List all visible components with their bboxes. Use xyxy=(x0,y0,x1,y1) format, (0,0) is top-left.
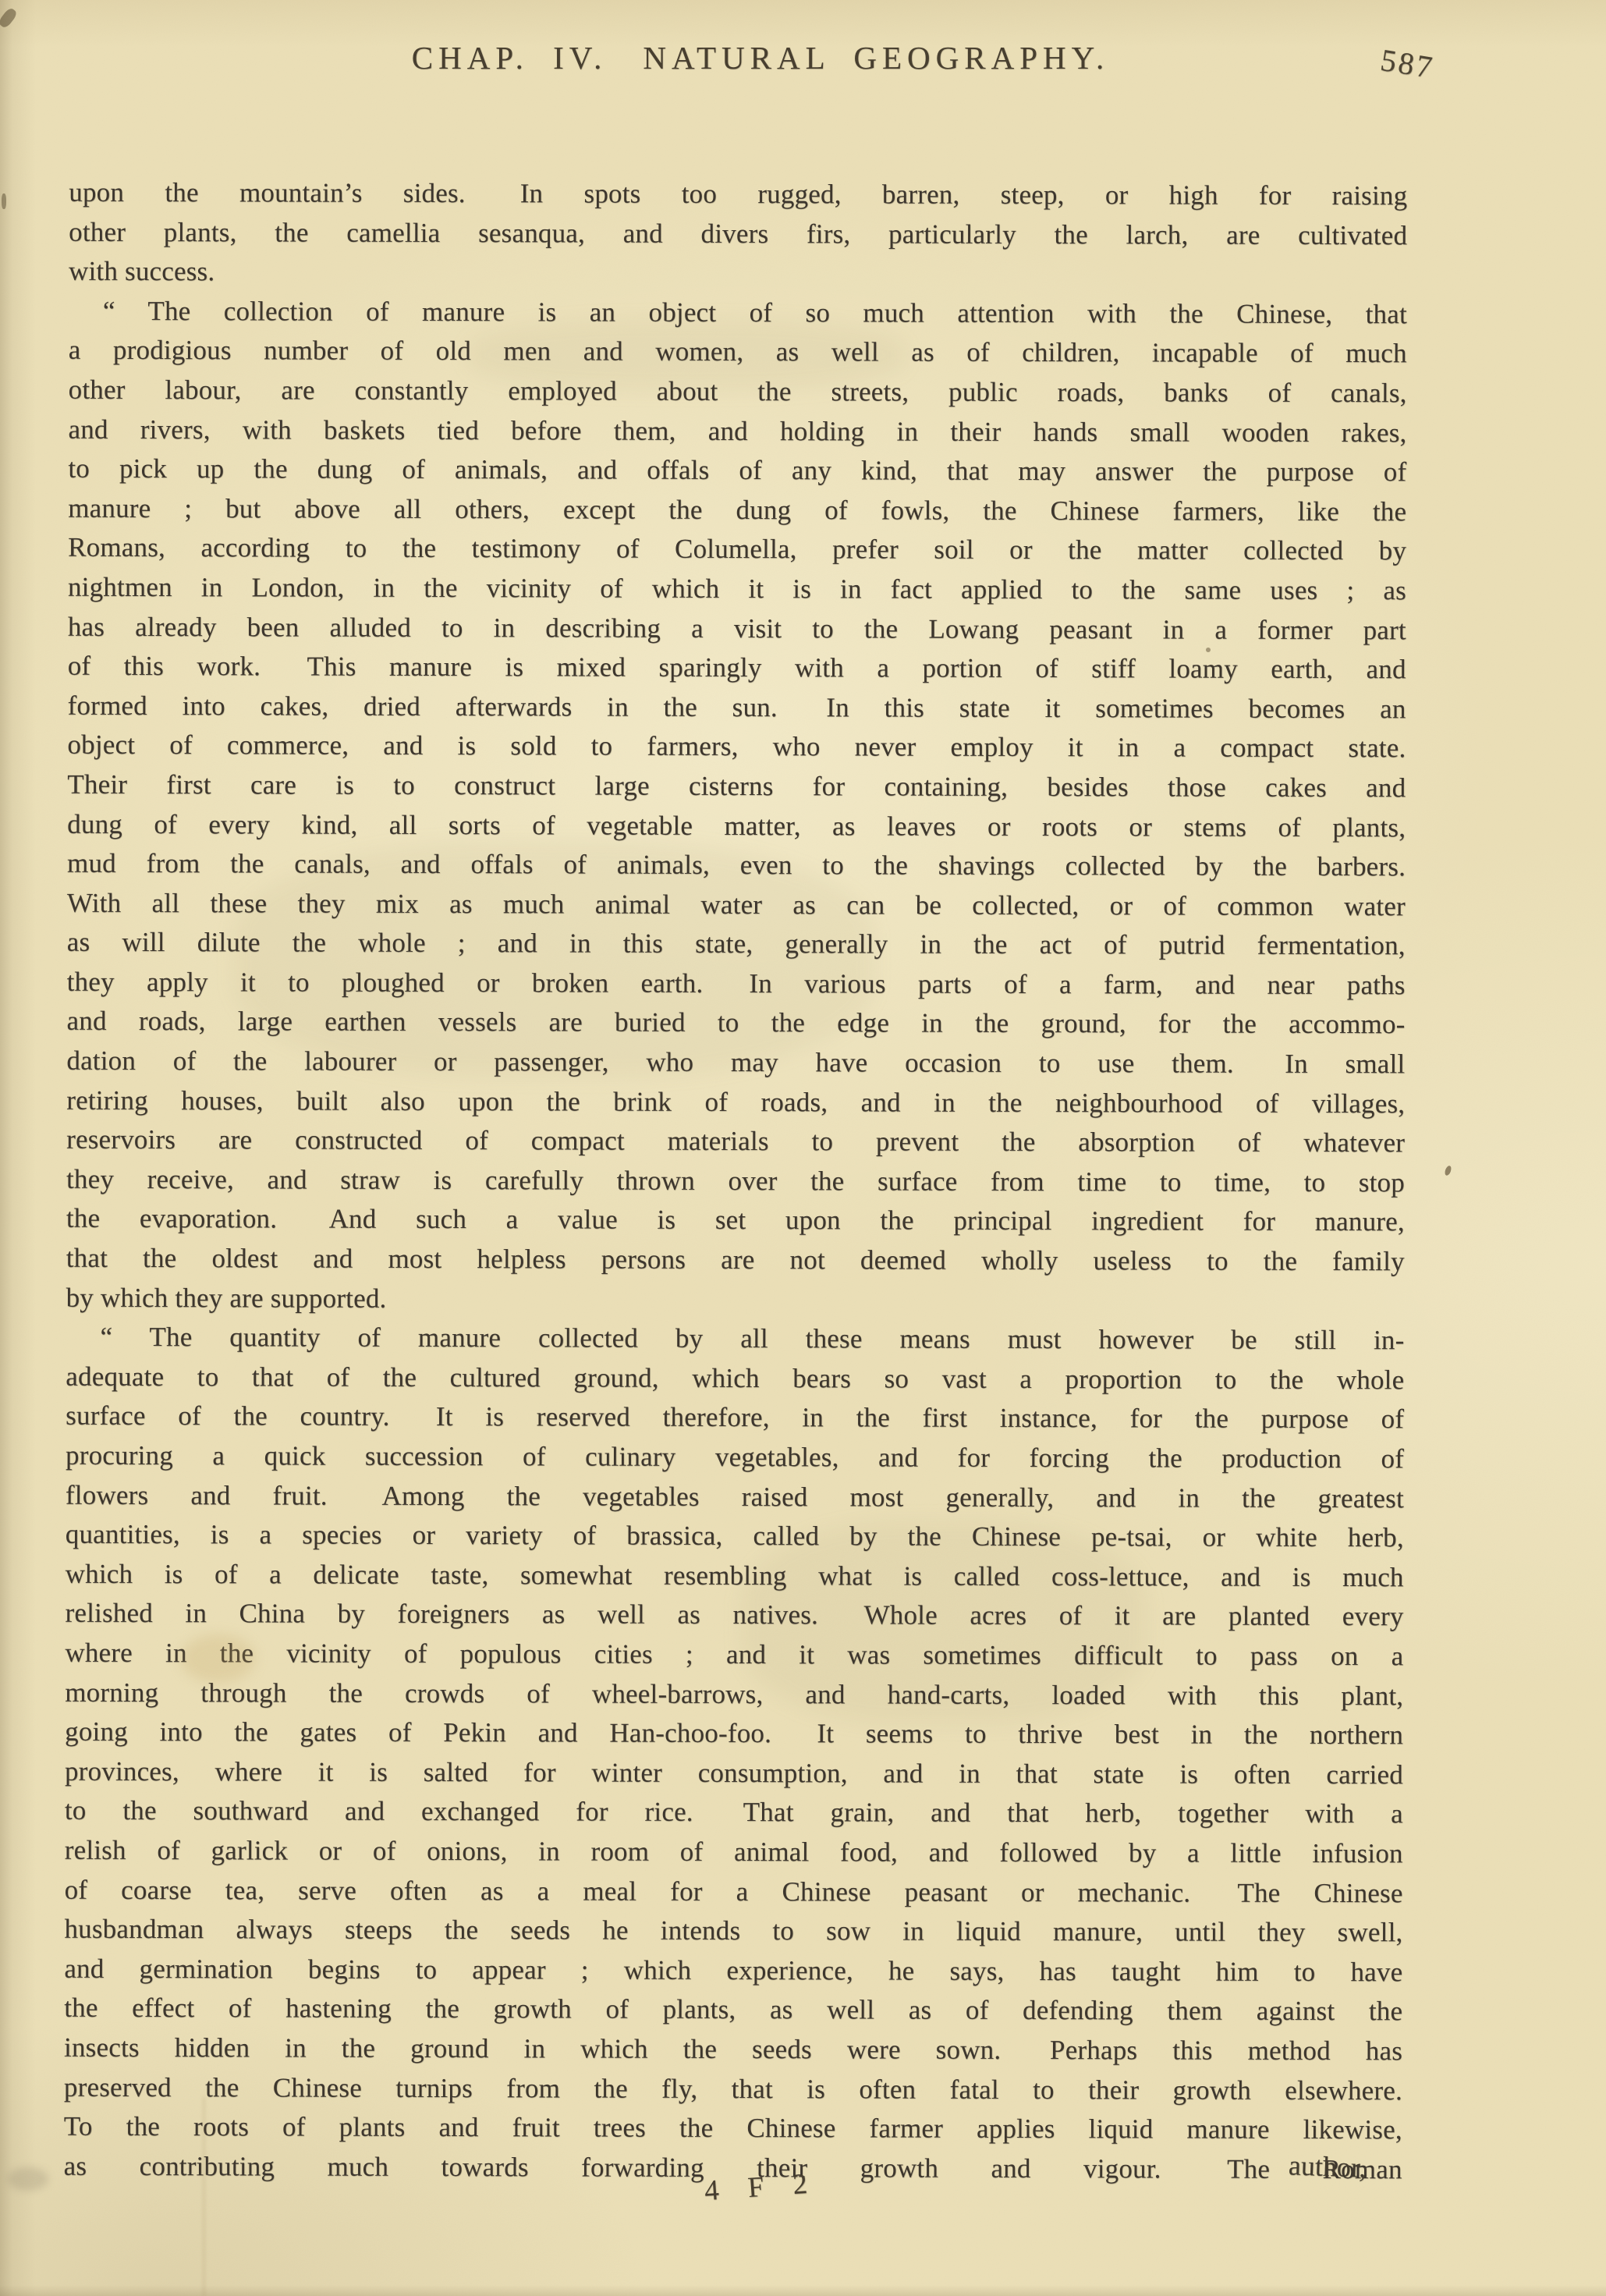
text-line: going into the gates of Pekin and Han-ch… xyxy=(65,1712,1403,1755)
text-line: the evaporation. And such a value is set… xyxy=(66,1199,1405,1242)
text-line: husbandman always steeps the seeds he in… xyxy=(64,1910,1402,1953)
chapter-label: CHAP. IV. xyxy=(412,40,608,76)
body-text: upon the mountain’s sides. In spots too … xyxy=(64,173,1408,2190)
text-line: which is of a delicate taste, somewhat r… xyxy=(66,1555,1404,1598)
text-line: “ The quantity of manure collected by al… xyxy=(66,1318,1404,1361)
running-header: CHAP. IV.NATURAL GEOGRAPHY. xyxy=(66,39,1455,76)
text-line: dung of every kind, all sorts of vegetab… xyxy=(67,804,1406,847)
paper-speck xyxy=(0,6,19,29)
text-line: nightmen in London, in the vicinity of w… xyxy=(68,568,1406,611)
text-line: With all these they mix as much animal w… xyxy=(67,883,1406,926)
paragraph: upon the mountain’s sides. In spots too … xyxy=(69,173,1407,295)
text-line: retiring houses, built also upon the bri… xyxy=(66,1081,1405,1123)
catchword: author, xyxy=(1288,2149,1367,2184)
text-line: to pick up the dung of animals, and offa… xyxy=(68,449,1406,492)
text-line: and roads, large earthen vessels are bur… xyxy=(66,1002,1405,1045)
header-title: NATURAL GEOGRAPHY. xyxy=(643,40,1109,76)
text-line: with success. xyxy=(69,252,1407,295)
page-number: 587 xyxy=(1378,41,1438,86)
text-line: other plants, the camellia sesanqua, and… xyxy=(69,212,1407,255)
scanned-book-page: CHAP. IV.NATURAL GEOGRAPHY. 587 upon the… xyxy=(0,0,1606,2296)
text-line: “ The collection of manure is an object … xyxy=(69,292,1407,335)
text-line: preserved the Chinese turnips from the f… xyxy=(64,2067,1402,2110)
text-line: upon the mountain’s sides. In spots too … xyxy=(69,173,1407,216)
text-line: surface of the country. It is reserved t… xyxy=(66,1396,1404,1439)
text-line: To the roots of plants and fruit trees t… xyxy=(64,2107,1402,2150)
text-line: and germination begins to appear ; which… xyxy=(64,1949,1402,1992)
text-line: they receive, and straw is carefully thr… xyxy=(66,1160,1405,1203)
text-line: as will dilute the whole ; and in this s… xyxy=(67,923,1406,966)
text-line: Romans, according to the testimony of Co… xyxy=(68,528,1406,571)
text-line: relish of garlick or of onions, in room … xyxy=(65,1831,1403,1874)
signature-mark: 4 F 2 xyxy=(704,2166,820,2208)
text-line: adequate to that of the cultured ground,… xyxy=(66,1357,1404,1400)
text-line: quantities, is a species or variety of b… xyxy=(66,1515,1404,1558)
text-line: reservoirs are constructed of compact ma… xyxy=(66,1120,1405,1163)
text-line: Their first care is to construct large c… xyxy=(67,765,1406,808)
text-line: provinces, where it is salted for winter… xyxy=(65,1752,1403,1795)
text-line: of this work. This manure is mixed spari… xyxy=(68,647,1406,690)
text-line: and rivers, with baskets tied before the… xyxy=(68,410,1406,452)
text-line: the effect of hastening the growth of pl… xyxy=(64,1989,1402,2032)
text-line: has already been alluded to in describin… xyxy=(68,607,1406,650)
text-line: relished in China by foreigners as well … xyxy=(65,1594,1403,1637)
text-line: insects hidden in the ground in which th… xyxy=(64,2028,1402,2071)
text-line: by which they are supported. xyxy=(66,1278,1405,1321)
text-line: dation of the labourer or passenger, who… xyxy=(66,1042,1405,1084)
text-line: to the southward and exchanged for rice.… xyxy=(65,1791,1403,1834)
text-line: morning through the crowds of wheel-barr… xyxy=(65,1673,1403,1716)
paper-speck xyxy=(1444,1165,1452,1176)
text-line: a prodigious number of old men and women… xyxy=(69,331,1407,374)
text-line: object of commerce, and is sold to farme… xyxy=(67,726,1406,768)
paper-speck xyxy=(2,193,6,209)
paper-smudge xyxy=(8,2167,48,2191)
text-line: they apply it to ploughed or broken eart… xyxy=(67,963,1406,1006)
text-line: of coarse tea, serve often as a meal for… xyxy=(65,1870,1403,1913)
text-line: other labour, are constantly employed ab… xyxy=(69,371,1407,413)
text-line: mud from the canals, and offals of anima… xyxy=(67,844,1406,887)
text-line: manure ; but above all others, except th… xyxy=(68,489,1406,532)
text-line: procuring a quick succession of culinary… xyxy=(66,1436,1404,1479)
text-line: that the oldest and most helpless person… xyxy=(66,1239,1405,1282)
text-line: flowers and fruit. Among the vegetables … xyxy=(66,1475,1404,1518)
paragraph: “ The quantity of manure collected by al… xyxy=(64,1318,1405,2190)
text-line: formed into cakes, dried afterwards in t… xyxy=(68,686,1406,729)
paragraph: “ The collection of manure is an object … xyxy=(66,292,1407,1322)
text-line: where in the vicinity of populous cities… xyxy=(65,1634,1403,1677)
